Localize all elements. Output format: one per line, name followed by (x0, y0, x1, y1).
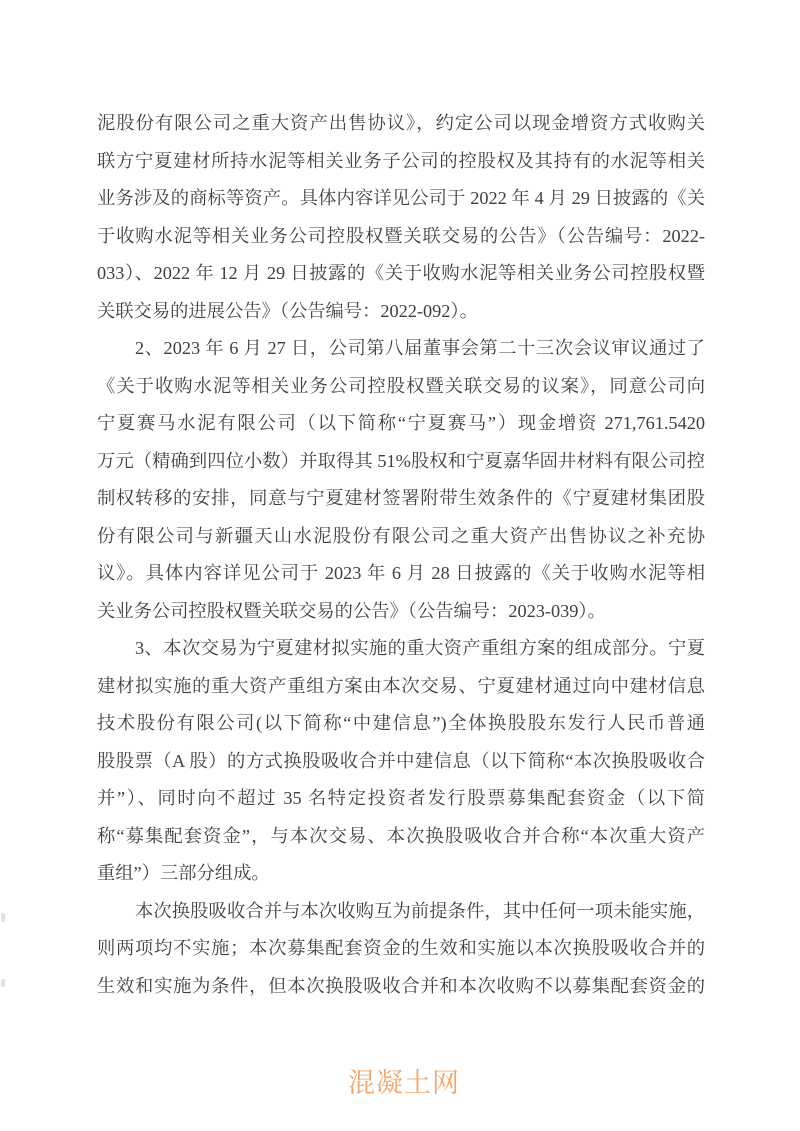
watermark: 混凝土网 (348, 1066, 460, 1100)
text-line: 3、本次交易为宁夏建材拟实施的重大资产重组方案的组成部分。宁夏 (97, 630, 705, 668)
text-line: 033）、2022 年 12 月 29 日披露的《关于收购水泥等相关业务公司控股… (97, 255, 705, 293)
text-line: 技术股份有限公司(以下简称“中建信息”)全体换股股东发行人民币普通 (97, 705, 705, 743)
text-line: 建材拟实施的重大资产重组方案由本次交易、宁夏建材通过向中建材信息 (97, 668, 705, 706)
text-line: 万元（精确到四位小数）并取得其 51%股权和宁夏嘉华固井材料有限公司控 (97, 443, 705, 481)
text-line: 关业务公司控股权暨关联交易的公告》（公告编号：2023-039）。 (97, 593, 705, 631)
text-line: 份有限公司与新疆天山水泥股份有限公司之重大资产出售协议之补充协 (97, 518, 705, 556)
text-line: 于收购水泥等相关业务公司控股权暨关联交易的公告》（公告编号：2022- (97, 218, 705, 256)
document-page: 泥股份有限公司之重大资产出售协议》，约定公司以现金增资方式收购关联方宁夏建材所持… (0, 0, 800, 1131)
text-line: 生效和实施为条件，但本次换股吸收合并和本次收购不以募集配套资金的 (97, 968, 705, 1006)
text-line: 制权转移的安排，同意与宁夏建材签署附带生效条件的《宁夏建材集团股 (97, 480, 705, 518)
text-line: 关联交易的进展公告》（公告编号：2022-092）。 (97, 293, 705, 331)
scan-artifact (1, 913, 5, 922)
text-line: 称“募集配套资金”，与本次交易、本次换股吸收合并合称“本次重大资产 (97, 818, 705, 856)
scan-artifact (1, 979, 5, 987)
text-line: 重组”）三部分组成。 (97, 855, 705, 893)
text-line: 并”）、同时向不超过 35 名特定投资者发行股票募集配套资金（以下简 (97, 780, 705, 818)
text-line: 则两项均不实施；本次募集配套资金的生效和实施以本次换股吸收合并的 (97, 930, 705, 968)
text-line: 泥股份有限公司之重大资产出售协议》，约定公司以现金增资方式收购关 (97, 105, 705, 143)
text-line: 本次换股吸收合并与本次收购互为前提条件，其中任何一项未能实施， (97, 893, 705, 931)
text-line: 股股票（A 股）的方式换股吸收合并中建信息（以下简称“本次换股吸收合 (97, 743, 705, 781)
text-line: 联方宁夏建材所持水泥等相关业务子公司的控股权及其持有的水泥等相关 (97, 143, 705, 181)
document-text: 泥股份有限公司之重大资产出售协议》，约定公司以现金增资方式收购关联方宁夏建材所持… (97, 105, 705, 1005)
text-line: 2、2023 年 6 月 27 日，公司第八届董事会第二十三次会议审议通过了 (97, 330, 705, 368)
text-line: 宁夏赛马水泥有限公司（以下简称“宁夏赛马”）现金增资 271,761.5420 (97, 405, 705, 443)
text-line: 《关于收购水泥等相关业务公司控股权暨关联交易的议案》，同意公司向 (97, 368, 705, 406)
text-line: 业务涉及的商标等资产。具体内容详见公司于 2022 年 4 月 29 日披露的《… (97, 180, 705, 218)
text-line: 议》。具体内容详见公司于 2023 年 6 月 28 日披露的《关于收购水泥等相 (97, 555, 705, 593)
